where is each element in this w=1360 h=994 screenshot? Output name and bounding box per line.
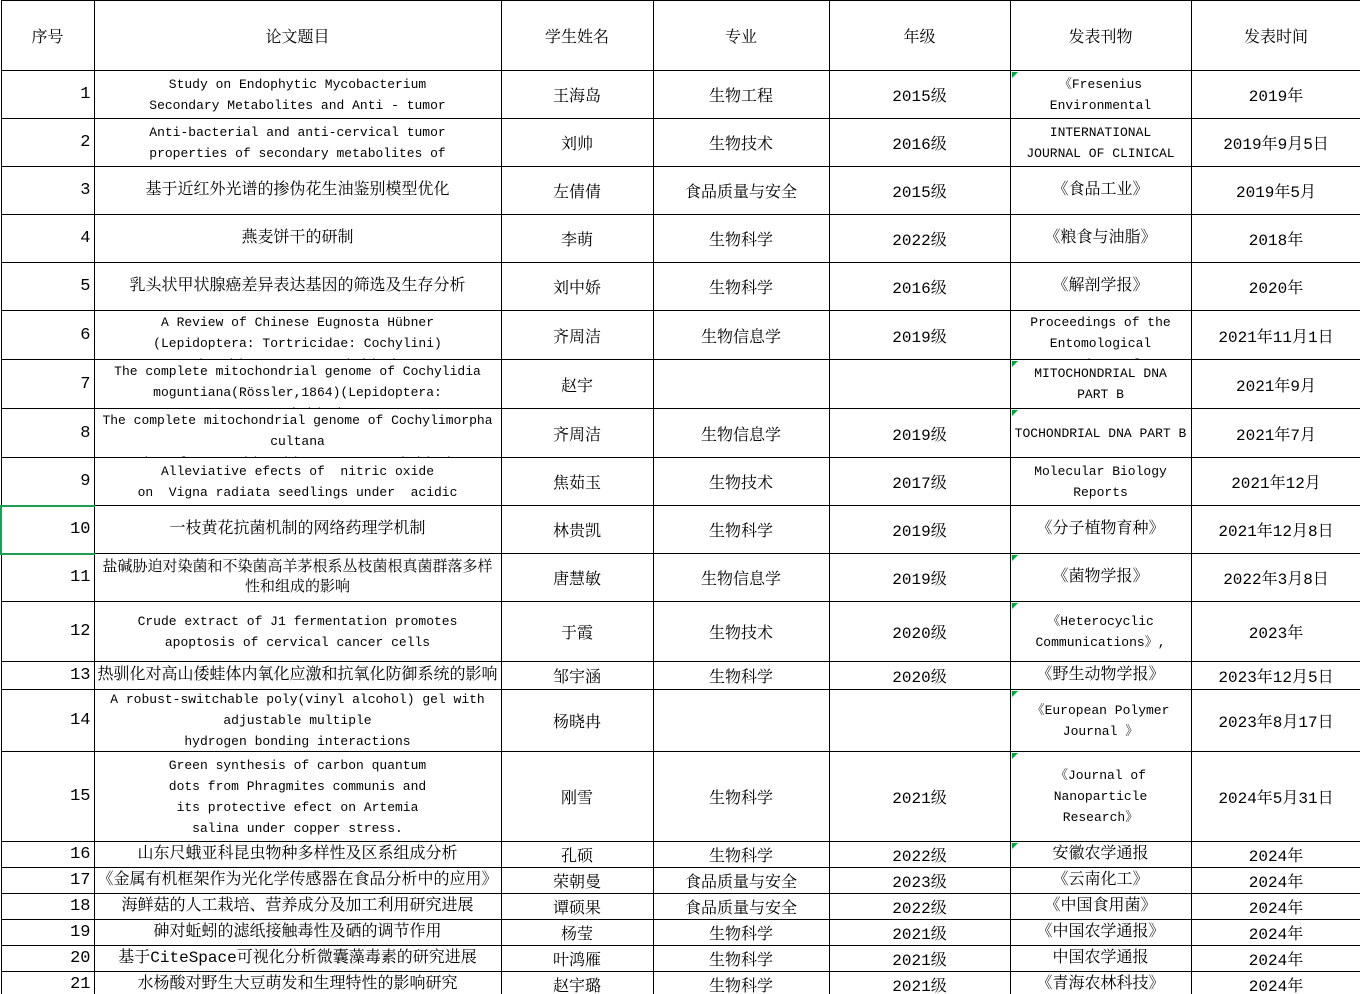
- cell-serial-number[interactable]: 15: [1, 752, 94, 842]
- cell-journal[interactable]: 《食品工业》: [1010, 167, 1191, 215]
- cell-student-name[interactable]: 刘帅: [501, 119, 653, 167]
- cell-student-name[interactable]: 齐周洁: [501, 409, 653, 458]
- cell-paper-title[interactable]: Study on Endophytic Mycobacterium Second…: [94, 71, 501, 119]
- cell-paper-title[interactable]: 海鲜菇的人工栽培、营养成分及加工利用研究进展: [94, 894, 501, 920]
- column-header-no[interactable]: 序号: [1, 1, 94, 71]
- cell-major[interactable]: 食品质量与安全: [653, 167, 829, 215]
- cell-serial-number[interactable]: 8: [1, 409, 94, 458]
- cell-journal[interactable]: 《中国食用菌》: [1010, 894, 1191, 920]
- cell-major[interactable]: 生物科学: [653, 920, 829, 946]
- cell-serial-number[interactable]: 11: [1, 554, 94, 602]
- cell-student-name[interactable]: 邹宇涵: [501, 662, 653, 690]
- cell-serial-number[interactable]: 2: [1, 119, 94, 167]
- table-row: 9Alleviative efects of nitric oxide on V…: [1, 458, 1360, 506]
- cell-grade[interactable]: 2016级: [829, 119, 1010, 167]
- cell-publish-date[interactable]: 2019年5月: [1191, 167, 1360, 215]
- cell-paper-title[interactable]: Green synthesis of carbon quantum dots f…: [94, 752, 501, 842]
- table-row: 2Anti-bacterial and anti-cervical tumor …: [1, 119, 1360, 167]
- error-indicator-icon: [1012, 72, 1018, 78]
- cell-journal[interactable]: 《Fresenius Environmental: [1010, 71, 1191, 119]
- cell-grade[interactable]: 2021级: [829, 946, 1010, 972]
- cell-paper-title[interactable]: Alleviative efects of nitric oxide on Vi…: [94, 458, 501, 506]
- cell-publish-date[interactable]: 2021年9月: [1191, 360, 1360, 409]
- cell-journal[interactable]: INTERNATIONAL JOURNAL OF CLINICAL: [1010, 119, 1191, 167]
- cell-paper-title[interactable]: 燕麦饼干的研制: [94, 215, 501, 263]
- column-header-student[interactable]: 学生姓名: [501, 1, 653, 71]
- cell-grade[interactable]: 2019级: [829, 554, 1010, 602]
- cell-grade[interactable]: 2019级: [829, 506, 1010, 554]
- cell-major[interactable]: [653, 690, 829, 752]
- cell-paper-title[interactable]: 砷对蚯蚓的滤纸接触毒性及硒的调节作用: [94, 920, 501, 946]
- table-row: 20基于CiteSpace可视化分析微囊藻毒素的研究进展叶鸿雁生物科学2021级…: [1, 946, 1360, 972]
- cell-student-name[interactable]: 焦茹玉: [501, 458, 653, 506]
- cell-publish-date[interactable]: 2021年12月8日: [1191, 506, 1360, 554]
- cell-paper-title[interactable]: 基于CiteSpace可视化分析微囊藻毒素的研究进展: [94, 946, 501, 972]
- cell-grade[interactable]: 2019级: [829, 311, 1010, 360]
- cell-serial-number[interactable]: 18: [1, 894, 94, 920]
- cell-paper-title[interactable]: 一枝黄花抗菌机制的网络药理学机制: [94, 506, 501, 554]
- cell-major[interactable]: [653, 360, 829, 409]
- table-row: 21水杨酸对野生大豆萌发和生理特性的影响研究赵宇璐生物科学2021级《青海农林科…: [1, 972, 1360, 994]
- cell-journal[interactable]: 《野生动物学报》: [1010, 662, 1191, 690]
- cell-major[interactable]: 食品质量与安全: [653, 868, 829, 894]
- table-row: 17《金属有机框架作为光化学传感器在食品分析中的应用》荣朝曼食品质量与安全202…: [1, 868, 1360, 894]
- cell-journal[interactable]: 《中国农学通报》: [1010, 920, 1191, 946]
- table-row: 10一枝黄花抗菌机制的网络药理学机制林贵凯生物科学2019级《分子植物育种》20…: [1, 506, 1360, 554]
- cell-publish-date[interactable]: 2022年3月8日: [1191, 554, 1360, 602]
- cell-grade[interactable]: 2016级: [829, 263, 1010, 311]
- cell-student-name[interactable]: 赵宇璐: [501, 972, 653, 994]
- cell-paper-title[interactable]: A robust-switchable poly(vinyl alcohol) …: [94, 690, 501, 752]
- table-row: 4燕麦饼干的研制李萌生物科学2022级《粮食与油脂》2018年: [1, 215, 1360, 263]
- cell-journal[interactable]: Molecular Biology Reports: [1010, 458, 1191, 506]
- error-indicator-icon: [1012, 361, 1018, 367]
- cell-paper-title[interactable]: 乳头状甲状腺癌差异表达基因的筛选及生存分析: [94, 263, 501, 311]
- table-row: 16山东尺蛾亚科昆虫物种多样性及区系组成分析孔硕生物科学2022级安徽农学通报2…: [1, 842, 1360, 868]
- cell-publish-date[interactable]: 2023年: [1191, 602, 1360, 662]
- cell-publish-date[interactable]: 2024年: [1191, 894, 1360, 920]
- cell-serial-number[interactable]: 3: [1, 167, 94, 215]
- error-indicator-icon: [1012, 603, 1018, 609]
- error-indicator-icon: [1012, 410, 1018, 416]
- table-row: 5乳头状甲状腺癌差异表达基因的筛选及生存分析刘中娇生物科学2016级《解剖学报》…: [1, 263, 1360, 311]
- cell-serial-number[interactable]: 1: [1, 71, 94, 119]
- cell-journal[interactable]: MITOCHONDRIAL DNA PART B: [1010, 360, 1191, 409]
- cell-major[interactable]: 生物科学: [653, 263, 829, 311]
- cell-major[interactable]: 生物科学: [653, 752, 829, 842]
- cell-major[interactable]: 生物科学: [653, 215, 829, 263]
- cell-serial-number[interactable]: 12: [1, 602, 94, 662]
- table-row: 14A robust-switchable poly(vinyl alcohol…: [1, 690, 1360, 752]
- cell-paper-title[interactable]: 水杨酸对野生大豆萌发和生理特性的影响研究: [94, 972, 501, 994]
- error-indicator-icon: [1012, 843, 1018, 849]
- cell-grade[interactable]: 2019级: [829, 409, 1010, 458]
- table-row: 8The complete mitochondrial genome of Co…: [1, 409, 1360, 458]
- cell-major[interactable]: 生物信息学: [653, 311, 829, 360]
- cell-paper-title[interactable]: 山东尺蛾亚科昆虫物种多样性及区系组成分析: [94, 842, 501, 868]
- cell-publish-date[interactable]: 2019年: [1191, 71, 1360, 119]
- cell-serial-number[interactable]: 20: [1, 946, 94, 972]
- cell-journal[interactable]: TOCHONDRIAL DNA PART B: [1010, 409, 1191, 458]
- cell-student-name[interactable]: 唐慧敏: [501, 554, 653, 602]
- cell-serial-number[interactable]: 16: [1, 842, 94, 868]
- cell-paper-title[interactable]: 热驯化对高山倭蛙体内氧化应激和抗氧化防御系统的影响: [94, 662, 501, 690]
- cell-publish-date[interactable]: 2024年: [1191, 842, 1360, 868]
- table-row: 12Crude extract of J1 fermentation promo…: [1, 602, 1360, 662]
- cell-journal[interactable]: 《Journal of Nanoparticle Research》: [1010, 752, 1191, 842]
- cell-journal[interactable]: 《青海农林科技》: [1010, 972, 1191, 994]
- cell-serial-number[interactable]: 13: [1, 662, 94, 690]
- cell-journal[interactable]: 安徽农学通报: [1010, 842, 1191, 868]
- cell-paper-title[interactable]: 基于近红外光谱的掺伪花生油鉴别模型优化: [94, 167, 501, 215]
- cell-serial-number[interactable]: 9: [1, 458, 94, 506]
- table-row: 1Study on Endophytic Mycobacterium Secon…: [1, 71, 1360, 119]
- cell-serial-number[interactable]: 6: [1, 311, 94, 360]
- cell-grade[interactable]: 2022级: [829, 842, 1010, 868]
- cell-grade[interactable]: 2020级: [829, 662, 1010, 690]
- error-indicator-icon: [1012, 753, 1018, 759]
- cell-serial-number[interactable]: 17: [1, 868, 94, 894]
- cell-major[interactable]: 生物科学: [653, 946, 829, 972]
- cell-paper-title[interactable]: The complete mitochondrial genome of Coc…: [94, 409, 501, 458]
- cell-grade[interactable]: 2021级: [829, 972, 1010, 994]
- column-header-grade[interactable]: 年级: [829, 1, 1010, 71]
- cell-journal[interactable]: 《菌物学报》: [1010, 554, 1191, 602]
- cell-student-name[interactable]: 李萌: [501, 215, 653, 263]
- cell-major[interactable]: 生物科学: [653, 506, 829, 554]
- cell-student-name[interactable]: 刘中娇: [501, 263, 653, 311]
- cell-major[interactable]: 生物技术: [653, 602, 829, 662]
- cell-paper-title[interactable]: The complete mitochondrial genome of Coc…: [94, 360, 501, 409]
- cell-grade[interactable]: 2017级: [829, 458, 1010, 506]
- cell-paper-title[interactable]: 盐碱胁迫对染菌和不染菌高羊茅根系丛枝菌根真菌群落多样 性和组成的影响: [94, 554, 501, 602]
- cell-student-name[interactable]: 杨莹: [501, 920, 653, 946]
- table-row: 3基于近红外光谱的掺伪花生油鉴别模型优化左倩倩食品质量与安全2015级《食品工业…: [1, 167, 1360, 215]
- cell-major[interactable]: 食品质量与安全: [653, 894, 829, 920]
- cell-serial-number[interactable]: 21: [1, 972, 94, 994]
- cell-student-name[interactable]: 齐周洁: [501, 311, 653, 360]
- cell-student-name[interactable]: 赵宇: [501, 360, 653, 409]
- column-header-major[interactable]: 专业: [653, 1, 829, 71]
- column-header-journal[interactable]: 发表刊物: [1010, 1, 1191, 71]
- table-row: 6A Review of Chinese Eugnosta Hübner (Le…: [1, 311, 1360, 360]
- cell-publish-date[interactable]: 2024年: [1191, 920, 1360, 946]
- error-indicator-icon: [1012, 555, 1018, 561]
- cell-grade[interactable]: 2021级: [829, 752, 1010, 842]
- cell-serial-number[interactable]: 4: [1, 215, 94, 263]
- cell-student-name[interactable]: 于霞: [501, 602, 653, 662]
- table-row: 15Green synthesis of carbon quantum dots…: [1, 752, 1360, 842]
- cell-journal[interactable]: 《分子植物育种》: [1010, 506, 1191, 554]
- cell-student-name[interactable]: 刚雪: [501, 752, 653, 842]
- column-header-date[interactable]: 发表时间: [1191, 1, 1360, 71]
- table-row: 11盐碱胁迫对染菌和不染菌高羊茅根系丛枝菌根真菌群落多样 性和组成的影响唐慧敏生…: [1, 554, 1360, 602]
- cell-paper-title[interactable]: 《金属有机框架作为光化学传感器在食品分析中的应用》: [94, 868, 501, 894]
- cell-publish-date[interactable]: 2018年: [1191, 215, 1360, 263]
- cell-serial-number[interactable]: 5: [1, 263, 94, 311]
- cell-grade[interactable]: 2020级: [829, 602, 1010, 662]
- cell-publish-date[interactable]: 2024年: [1191, 868, 1360, 894]
- error-indicator-icon: [1012, 691, 1018, 697]
- cell-major[interactable]: 生物科学: [653, 842, 829, 868]
- cell-publish-date[interactable]: 2019年9月5日: [1191, 119, 1360, 167]
- cell-journal[interactable]: Proceedings of the Entomological Society…: [1010, 311, 1191, 360]
- cell-serial-number[interactable]: 19: [1, 920, 94, 946]
- cell-grade[interactable]: 2022级: [829, 215, 1010, 263]
- cell-grade[interactable]: 2023级: [829, 868, 1010, 894]
- cell-journal[interactable]: 《European Polymer Journal 》: [1010, 690, 1191, 752]
- cell-major[interactable]: 生物科学: [653, 972, 829, 994]
- cell-major[interactable]: 生物信息学: [653, 409, 829, 458]
- cell-publish-date[interactable]: 2021年12月: [1191, 458, 1360, 506]
- table-row: 19砷对蚯蚓的滤纸接触毒性及硒的调节作用杨莹生物科学2021级《中国农学通报》2…: [1, 920, 1360, 946]
- cell-publish-date[interactable]: 2024年5月31日: [1191, 752, 1360, 842]
- cell-student-name[interactable]: 左倩倩: [501, 167, 653, 215]
- cell-serial-number[interactable]: 14: [1, 690, 94, 752]
- cell-grade[interactable]: 2015级: [829, 167, 1010, 215]
- cell-grade[interactable]: 2015级: [829, 71, 1010, 119]
- cell-major[interactable]: 生物信息学: [653, 554, 829, 602]
- cell-journal[interactable]: 中国农学通报: [1010, 946, 1191, 972]
- cell-student-name[interactable]: 谭硕果: [501, 894, 653, 920]
- cell-major[interactable]: 生物技术: [653, 458, 829, 506]
- cell-grade[interactable]: [829, 690, 1010, 752]
- cell-publish-date[interactable]: 2020年: [1191, 263, 1360, 311]
- column-header-title[interactable]: 论文题目: [94, 1, 501, 71]
- cell-journal[interactable]: 《Heterocyclic Communications》,: [1010, 602, 1191, 662]
- cell-student-name[interactable]: 林贵凯: [501, 506, 653, 554]
- cell-serial-number[interactable]: 7: [1, 360, 94, 409]
- cell-major[interactable]: 生物工程: [653, 71, 829, 119]
- cell-student-name[interactable]: 孔硕: [501, 842, 653, 868]
- header-row: 序号论文题目学生姓名专业年级发表刊物发表时间: [1, 1, 1360, 71]
- cell-student-name[interactable]: 王海岛: [501, 71, 653, 119]
- table-row: 13热驯化对高山倭蛙体内氧化应激和抗氧化防御系统的影响邹宇涵生物科学2020级《…: [1, 662, 1360, 690]
- cell-paper-title[interactable]: A Review of Chinese Eugnosta Hübner (Lep…: [94, 311, 501, 360]
- cell-student-name[interactable]: 荣朝曼: [501, 868, 653, 894]
- cell-publish-date[interactable]: 2021年11月1日: [1191, 311, 1360, 360]
- cell-publish-date[interactable]: 2023年12月5日: [1191, 662, 1360, 690]
- cell-paper-title[interactable]: Anti-bacterial and anti-cervical tumor p…: [94, 119, 501, 167]
- cell-publish-date[interactable]: 2023年8月17日: [1191, 690, 1360, 752]
- publications-table: 序号论文题目学生姓名专业年级发表刊物发表时间 1Study on Endophy…: [0, 0, 1360, 994]
- table-row: 7The complete mitochondrial genome of Co…: [1, 360, 1360, 409]
- cell-publish-date[interactable]: 2024年: [1191, 972, 1360, 994]
- cell-paper-title[interactable]: Crude extract of J1 fermentation promote…: [94, 602, 501, 662]
- cell-major[interactable]: 生物科学: [653, 662, 829, 690]
- cell-grade[interactable]: 2022级: [829, 894, 1010, 920]
- cell-student-name[interactable]: 杨晓冉: [501, 690, 653, 752]
- table-row: 18海鲜菇的人工栽培、营养成分及加工利用研究进展谭硕果食品质量与安全2022级《…: [1, 894, 1360, 920]
- cell-grade[interactable]: [829, 360, 1010, 409]
- cell-journal[interactable]: 《粮食与油脂》: [1010, 215, 1191, 263]
- cell-journal[interactable]: 《云南化工》: [1010, 868, 1191, 894]
- cell-journal[interactable]: 《解剖学报》: [1010, 263, 1191, 311]
- cell-publish-date[interactable]: 2024年: [1191, 946, 1360, 972]
- cell-grade[interactable]: 2021级: [829, 920, 1010, 946]
- cell-major[interactable]: 生物技术: [653, 119, 829, 167]
- cell-student-name[interactable]: 叶鸿雁: [501, 946, 653, 972]
- cell-serial-number[interactable]: 10: [1, 506, 94, 554]
- cell-publish-date[interactable]: 2021年7月: [1191, 409, 1360, 458]
